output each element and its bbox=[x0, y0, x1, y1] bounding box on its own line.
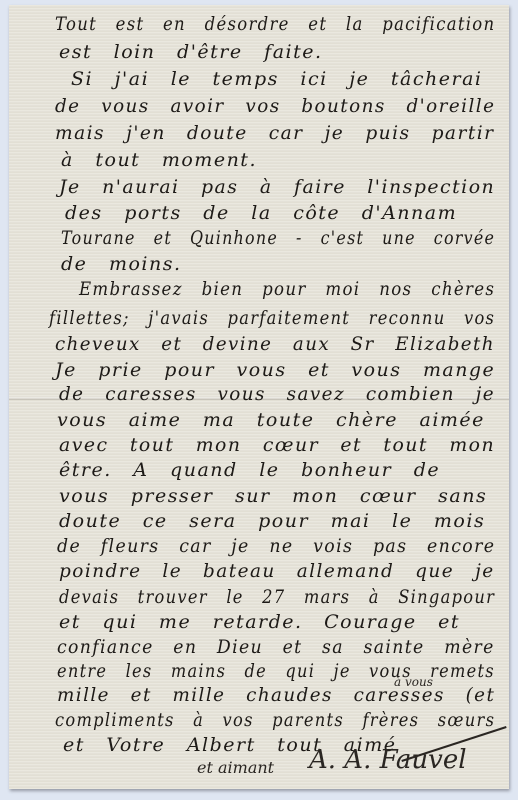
letter-line-24: et qui me retarde. Courage et bbox=[59, 611, 491, 633]
letter-line-4: de vous avoir vos boutons d'oreille bbox=[55, 95, 476, 117]
letter-line-7: Je n'aurai pas à faire l'inspection bbox=[59, 176, 488, 198]
closing-text: et aimant bbox=[197, 758, 274, 777]
letter-line-1: Tout est en désordre et la pacification bbox=[55, 13, 433, 35]
letter-line-23: devais trouver le 27 mars à Singapour bbox=[59, 586, 429, 608]
letter-line-15: de caresses vous savez combien je bbox=[59, 383, 476, 405]
letter-line-5: mais j'en doute car je puis partir bbox=[55, 122, 481, 144]
letter-page: Tout est en désordre et la pacification … bbox=[9, 5, 509, 789]
letter-line-28: compliments à vos parents frères sœurs bbox=[55, 709, 428, 731]
letter-line-16: vous aime ma toute chère aimée bbox=[57, 409, 491, 431]
letter-line-21: de fleurs car je ne vois pas encore bbox=[57, 535, 453, 557]
letter-line-3: Si j'ai le temps ici je tâcherai bbox=[71, 68, 491, 90]
letter-line-11: Embrassez bien pour moi nos chères bbox=[79, 278, 439, 300]
signature: A. A. Fauvel bbox=[309, 745, 467, 775]
letter-line-22: poindre le bateau allemand que je bbox=[59, 560, 478, 582]
letter-line-6: à tout moment. bbox=[61, 149, 491, 171]
letter-line-13: cheveux et devine aux Sr Elizabeth bbox=[55, 333, 472, 355]
insertion-note: à vous bbox=[394, 675, 433, 689]
letter-line-26: entre les mains de qui je vous remets bbox=[57, 660, 427, 682]
letter-line-2: est loin d'être faite. bbox=[59, 41, 491, 63]
letter-line-17: avec tout mon cœur et tout mon bbox=[59, 434, 487, 456]
letter-line-8: des ports de la côte d'Annam bbox=[65, 202, 491, 224]
letter-line-19: vous presser sur mon cœur sans bbox=[59, 485, 491, 507]
letter-line-25: confiance en Dieu et sa sainte mère bbox=[57, 636, 451, 658]
letter-line-9: Tourane et Quinhone - c'est une corvée bbox=[61, 227, 421, 249]
letter-line-10: de moins. bbox=[61, 253, 491, 275]
letter-line-20: doute ce sera pour mai le mois bbox=[59, 510, 491, 532]
letter-line-14: Je prie pour vous et vous mange bbox=[55, 359, 490, 381]
letter-line-12: fillettes; j'avais parfaitement reconnu … bbox=[49, 307, 428, 329]
letter-line-18: être. A quand le bonheur de bbox=[59, 459, 491, 481]
